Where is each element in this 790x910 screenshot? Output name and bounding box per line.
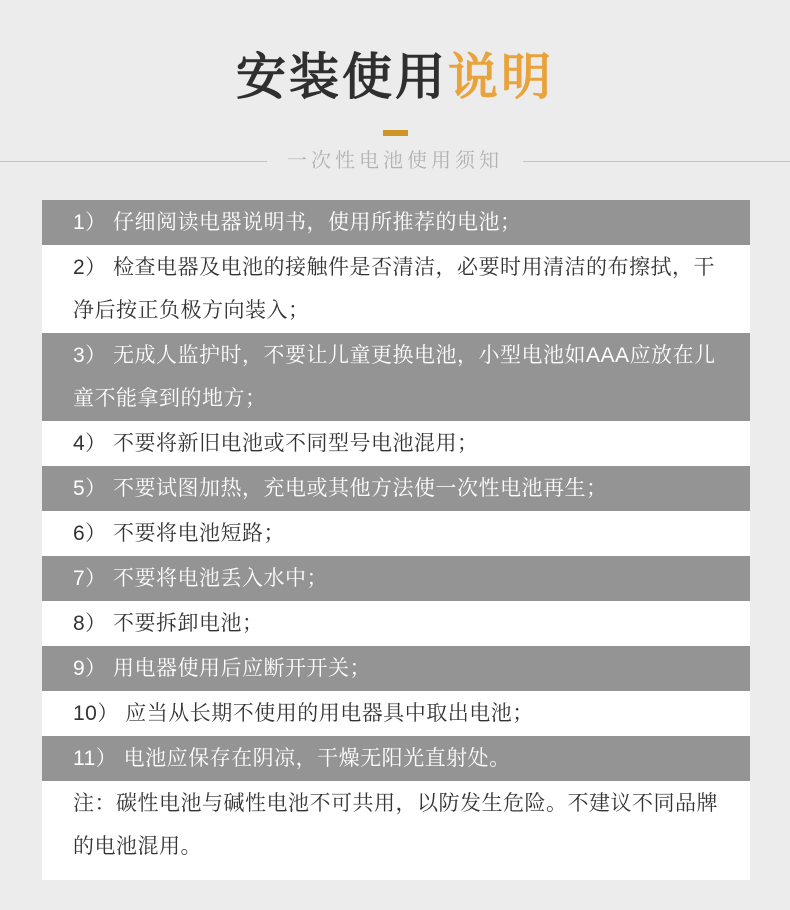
instruction-row: 6） 不要将电池短路； (42, 511, 750, 556)
note-section: 注：碳性电池与碱性电池不可共用，以防发生危险。不建议不同品牌的电池混用。 (42, 781, 750, 880)
instruction-row: 3） 无成人监护时，不要让儿童更换电池，小型电池如AAA应放在儿童不能拿到的地方… (42, 333, 750, 421)
instruction-row: 9） 用电器使用后应断开开关； (42, 646, 750, 691)
accent-dash (383, 130, 408, 136)
page-title: 安装使用说明 (0, 48, 790, 106)
page-title-dark-part: 安装使用 (236, 49, 448, 105)
page-title-accent-part: 说明 (448, 49, 554, 105)
instruction-row: 5） 不要试图加热，充电或其他方法使一次性电池再生； (42, 466, 750, 511)
note-row: 注：碳性电池与碱性电池不可共用，以防发生危险。不建议不同品牌的电池混用。 (42, 781, 750, 880)
instruction-row: 4） 不要将新旧电池或不同型号电池混用； (42, 421, 750, 466)
instruction-row: 11） 电池应保存在阴凉，干燥无阳光直射处。 (42, 736, 750, 781)
header: 安装使用说明 一次性电池使用须知 (0, 0, 790, 172)
instruction-row: 10） 应当从长期不使用的用电器具中取出电池； (42, 691, 750, 736)
subtitle-text: 一次性电池使用须知 (267, 150, 523, 172)
subtitle-divider: 一次性电池使用须知 (0, 150, 790, 172)
instruction-row: 2） 检查电器及电池的接触件是否清洁，必要时用清洁的布擦拭，干净后按正负极方向装… (42, 245, 750, 333)
instruction-list: 1） 仔细阅读电器说明书，使用所推荐的电池；2） 检查电器及电池的接触件是否清洁… (42, 200, 750, 781)
instruction-row: 1） 仔细阅读电器说明书，使用所推荐的电池； (42, 200, 750, 245)
instruction-row: 8） 不要拆卸电池； (42, 601, 750, 646)
instruction-row: 7） 不要将电池丢入水中； (42, 556, 750, 601)
